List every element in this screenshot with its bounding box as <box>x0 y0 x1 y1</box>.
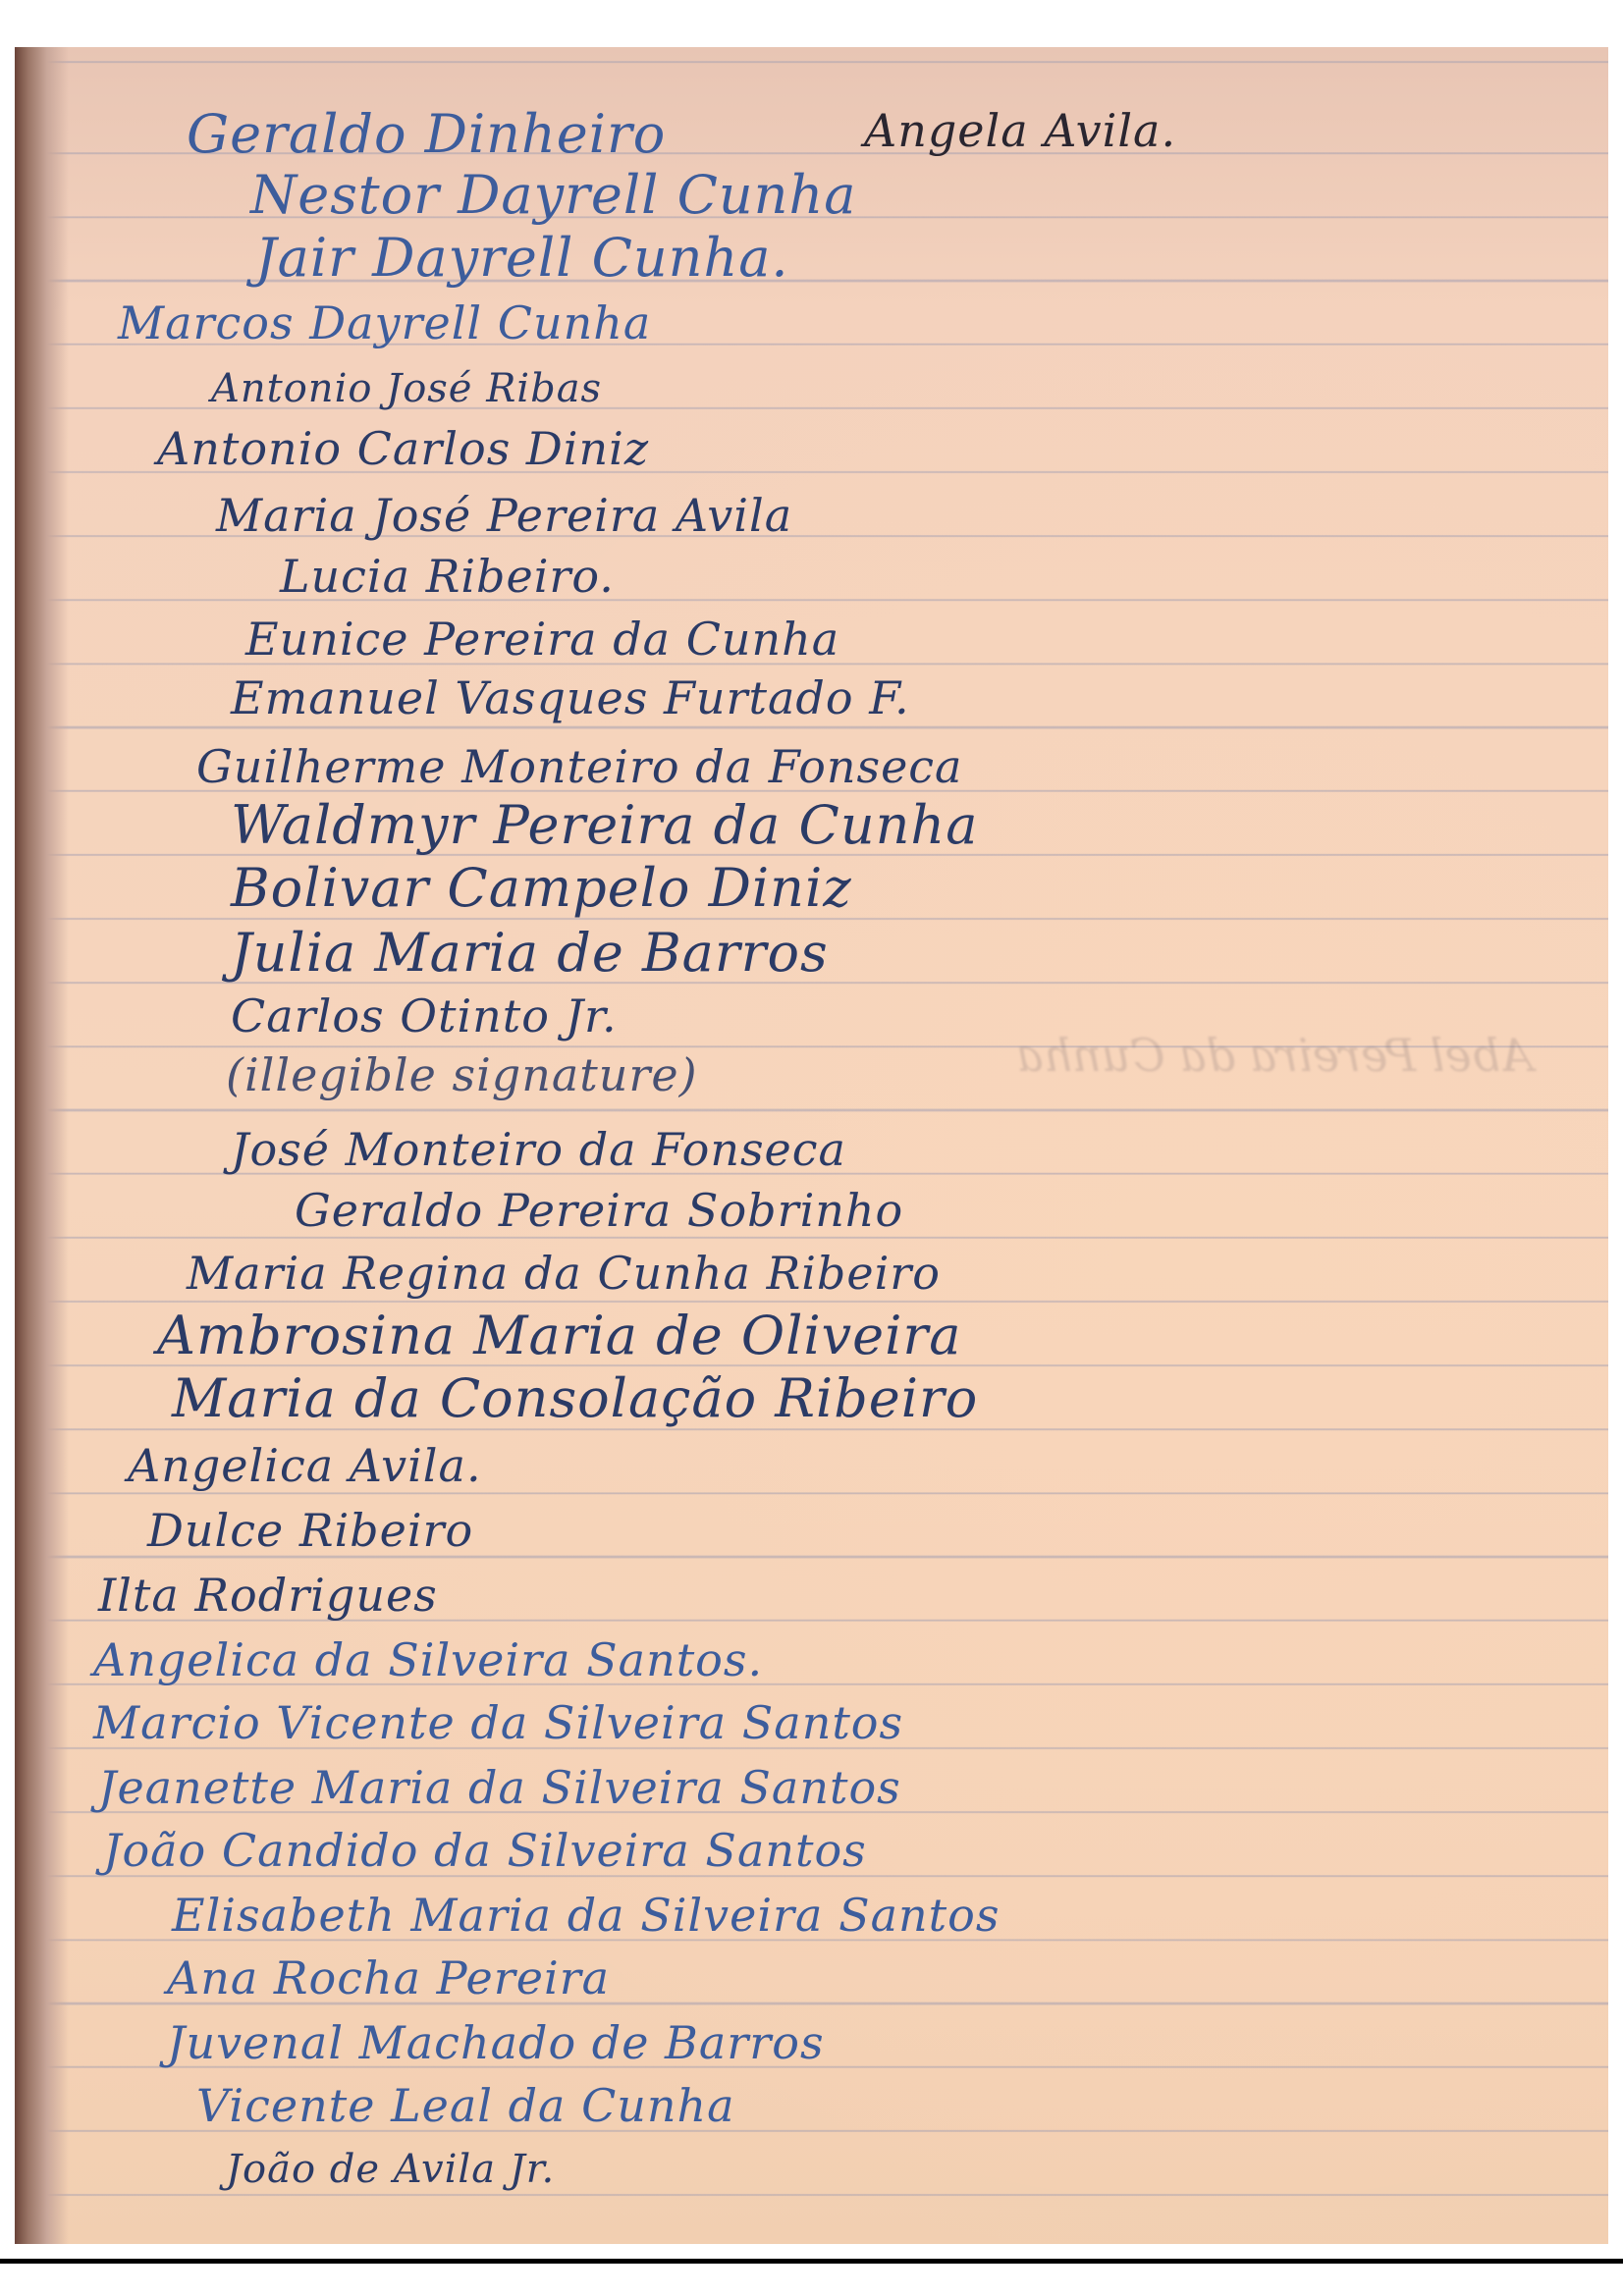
signature: João de Avila Jr. <box>226 2150 555 2189</box>
signature: Waldmyr Pereira da Cunha <box>231 799 978 852</box>
signature: Nestor Dayrell Cunha <box>250 169 856 222</box>
signature: Bolivar Campelo Diniz <box>231 862 852 915</box>
signature: Vicente Leal da Cunha <box>196 2083 735 2128</box>
bottom-border <box>0 2259 1623 2264</box>
signature: Lucia Ribeiro. <box>280 554 615 599</box>
signature: Maria Regina da Cunha Ribeiro <box>187 1251 941 1296</box>
signature: Julia Maria de Barros <box>231 927 829 980</box>
signature: Angelica Avila. <box>128 1443 482 1488</box>
signature: Dulce Ribeiro <box>147 1508 473 1553</box>
signature: Jeanette Maria da Silveira Santos <box>98 1765 901 1810</box>
signature: Emanuel Vasques Furtado F. <box>231 675 910 721</box>
signature: Ambrosina Maria de Oliveira <box>157 1309 961 1362</box>
signature: Angela Avila. <box>864 108 1176 153</box>
signature: Guilherme Monteiro da Fonseca <box>196 744 962 789</box>
register-page: Abel Pereira da Cunha Geraldo Dinheiro A… <box>15 47 1608 2244</box>
signature: Ilta Rodrigues <box>98 1573 438 1618</box>
signature: Geraldo Pereira Sobrinho <box>295 1188 903 1233</box>
signature: (illegible signature) <box>226 1052 698 1097</box>
signature: João Candido da Silveira Santos <box>103 1828 867 1873</box>
signature: José Monteiro da Fonseca <box>231 1127 846 1172</box>
signature: Elisabeth Maria da Silveira Santos <box>172 1893 1000 1938</box>
signature: Antonio José Ribas <box>211 369 602 408</box>
signature: Juvenal Machado de Barros <box>167 2020 825 2065</box>
bleed-through-text: Abel Pereira da Cunha <box>1016 1029 1533 1082</box>
signature: Maria José Pereira Avila <box>216 493 792 538</box>
signature: Jair Dayrell Cunha. <box>255 232 789 285</box>
signature: Carlos Otinto Jr. <box>231 993 618 1039</box>
signature: Maria da Consolação Ribeiro <box>172 1372 978 1425</box>
signature: Ana Rocha Pereira <box>167 1955 610 2001</box>
signature: Marcos Dayrell Cunha <box>118 300 651 346</box>
signature: Antonio Carlos Diniz <box>157 426 649 471</box>
signature: Marcio Vicente da Silveira Santos <box>93 1700 903 1745</box>
signature: Eunice Pereira da Cunha <box>245 616 839 662</box>
signature: Geraldo Dinheiro <box>187 108 666 161</box>
signature: Angelica da Silveira Santos. <box>93 1637 763 1682</box>
